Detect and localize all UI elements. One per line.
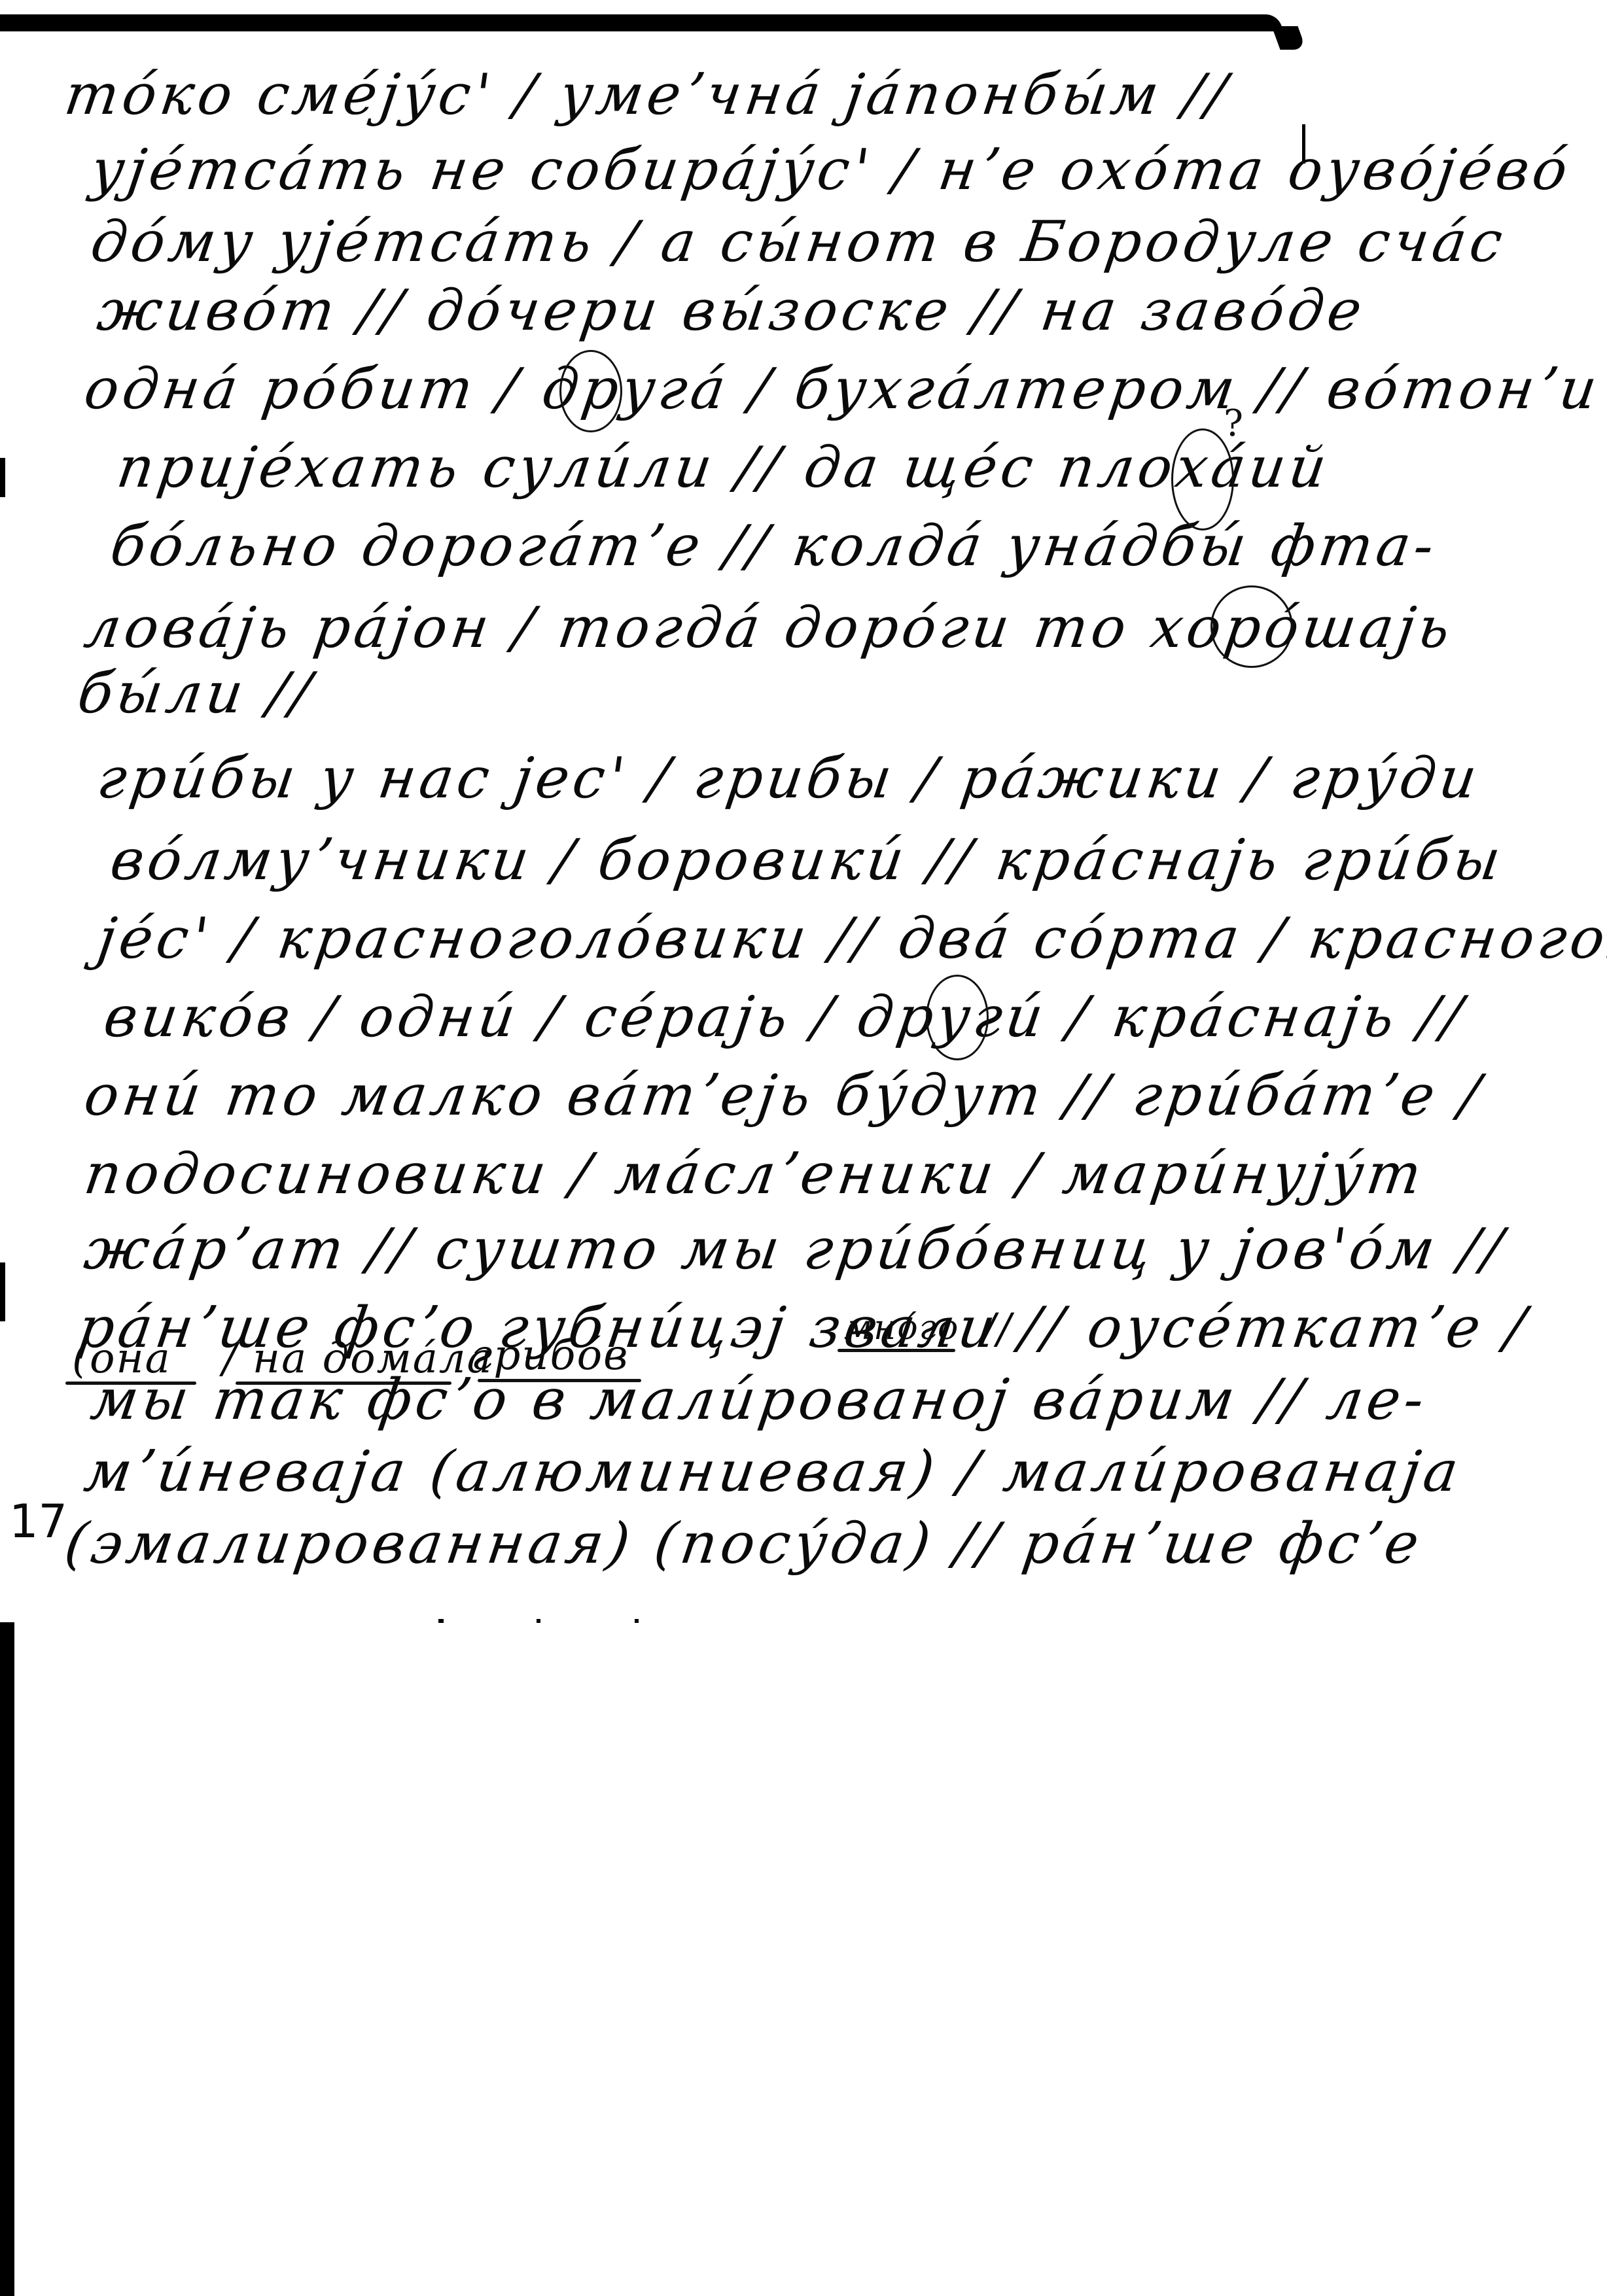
manuscript-line: то́ко сме́ју́с' / умеʼчна́ ја́понбы́м // bbox=[61, 62, 1234, 128]
manuscript-line: гри́бы у нас јес' / грибы / ра́жики / гр… bbox=[94, 746, 1485, 811]
scanned-page: то́ко сме́ју́с' / умеʼчна́ ја́понбы́м //… bbox=[0, 0, 1607, 2296]
manuscript-line: жа́рʼат // сушто мы гри́бо́вниц у јов'о́… bbox=[80, 1217, 1510, 1282]
manuscript-line: бы́ли // bbox=[74, 661, 319, 726]
manuscript-line: одна́ ро́бит / друга́ / бухга́лтером // … bbox=[80, 357, 1604, 422]
manuscript-line: они́ то малко ва́тʼејь бу́дут // гри́ба́… bbox=[80, 1063, 1487, 1128]
scan-artifact bbox=[438, 1619, 444, 1623]
inserted-segment: мно́го bbox=[844, 1308, 959, 1348]
scan-top-edge-corner bbox=[1271, 26, 1306, 50]
manuscript-line: подосиновики / ма́слʼеники / мари́нуjу́т bbox=[80, 1141, 1429, 1207]
underline bbox=[838, 1349, 955, 1352]
scan-artifact bbox=[537, 1619, 540, 1623]
manuscript-line: во́лмуʼчники / боровики́ // кра́снајь гр… bbox=[107, 827, 1508, 893]
manuscript-line: вико́в / одни́ / се́рајь / други́ / кра́… bbox=[100, 984, 1470, 1050]
inserted-segment: // bbox=[981, 1305, 1012, 1353]
manuscript-line: бо́льно дорога́тʼе // колда́ уна́дбы́ фт… bbox=[107, 513, 1441, 579]
scan-top-edge bbox=[0, 14, 1282, 31]
manuscript-line: приjе́хать сули́ли // да ще́с плоха́ий bbox=[113, 435, 1334, 500]
question-mark: ? bbox=[1224, 402, 1243, 445]
page-number: 17 bbox=[9, 1495, 67, 1548]
scan-left-tick bbox=[0, 1262, 5, 1321]
scan-left-tick bbox=[0, 458, 5, 497]
manuscript-line: (эмалированная) (посу́да) // ра́нʼше фсʼ… bbox=[61, 1511, 1426, 1576]
manuscript-line: је́с' / красноголо́вики // два́ со́рта /… bbox=[94, 906, 1607, 971]
scan-artifact bbox=[635, 1619, 639, 1623]
manuscript-line: до́му ује́тса́ть / а сы́нот в Бородуле с… bbox=[87, 209, 1510, 275]
scan-left-edge bbox=[0, 1622, 14, 2296]
circled-mark bbox=[559, 350, 622, 432]
manuscript-line: ује́тса́ть не собира́ју́с' / нʼе охо́та … bbox=[87, 137, 1576, 203]
manuscript-line: мʼи́неваја (алюминиевая) / мали́рованаја bbox=[80, 1439, 1466, 1505]
circled-mark bbox=[926, 975, 989, 1060]
circled-mark bbox=[1210, 585, 1293, 668]
manuscript-line: мы так фсʼо в мали́рованој ва́рим // ле- bbox=[87, 1367, 1432, 1433]
manuscript-line: живо́т // до́чери вы́зоске // на заво́де bbox=[94, 278, 1369, 343]
